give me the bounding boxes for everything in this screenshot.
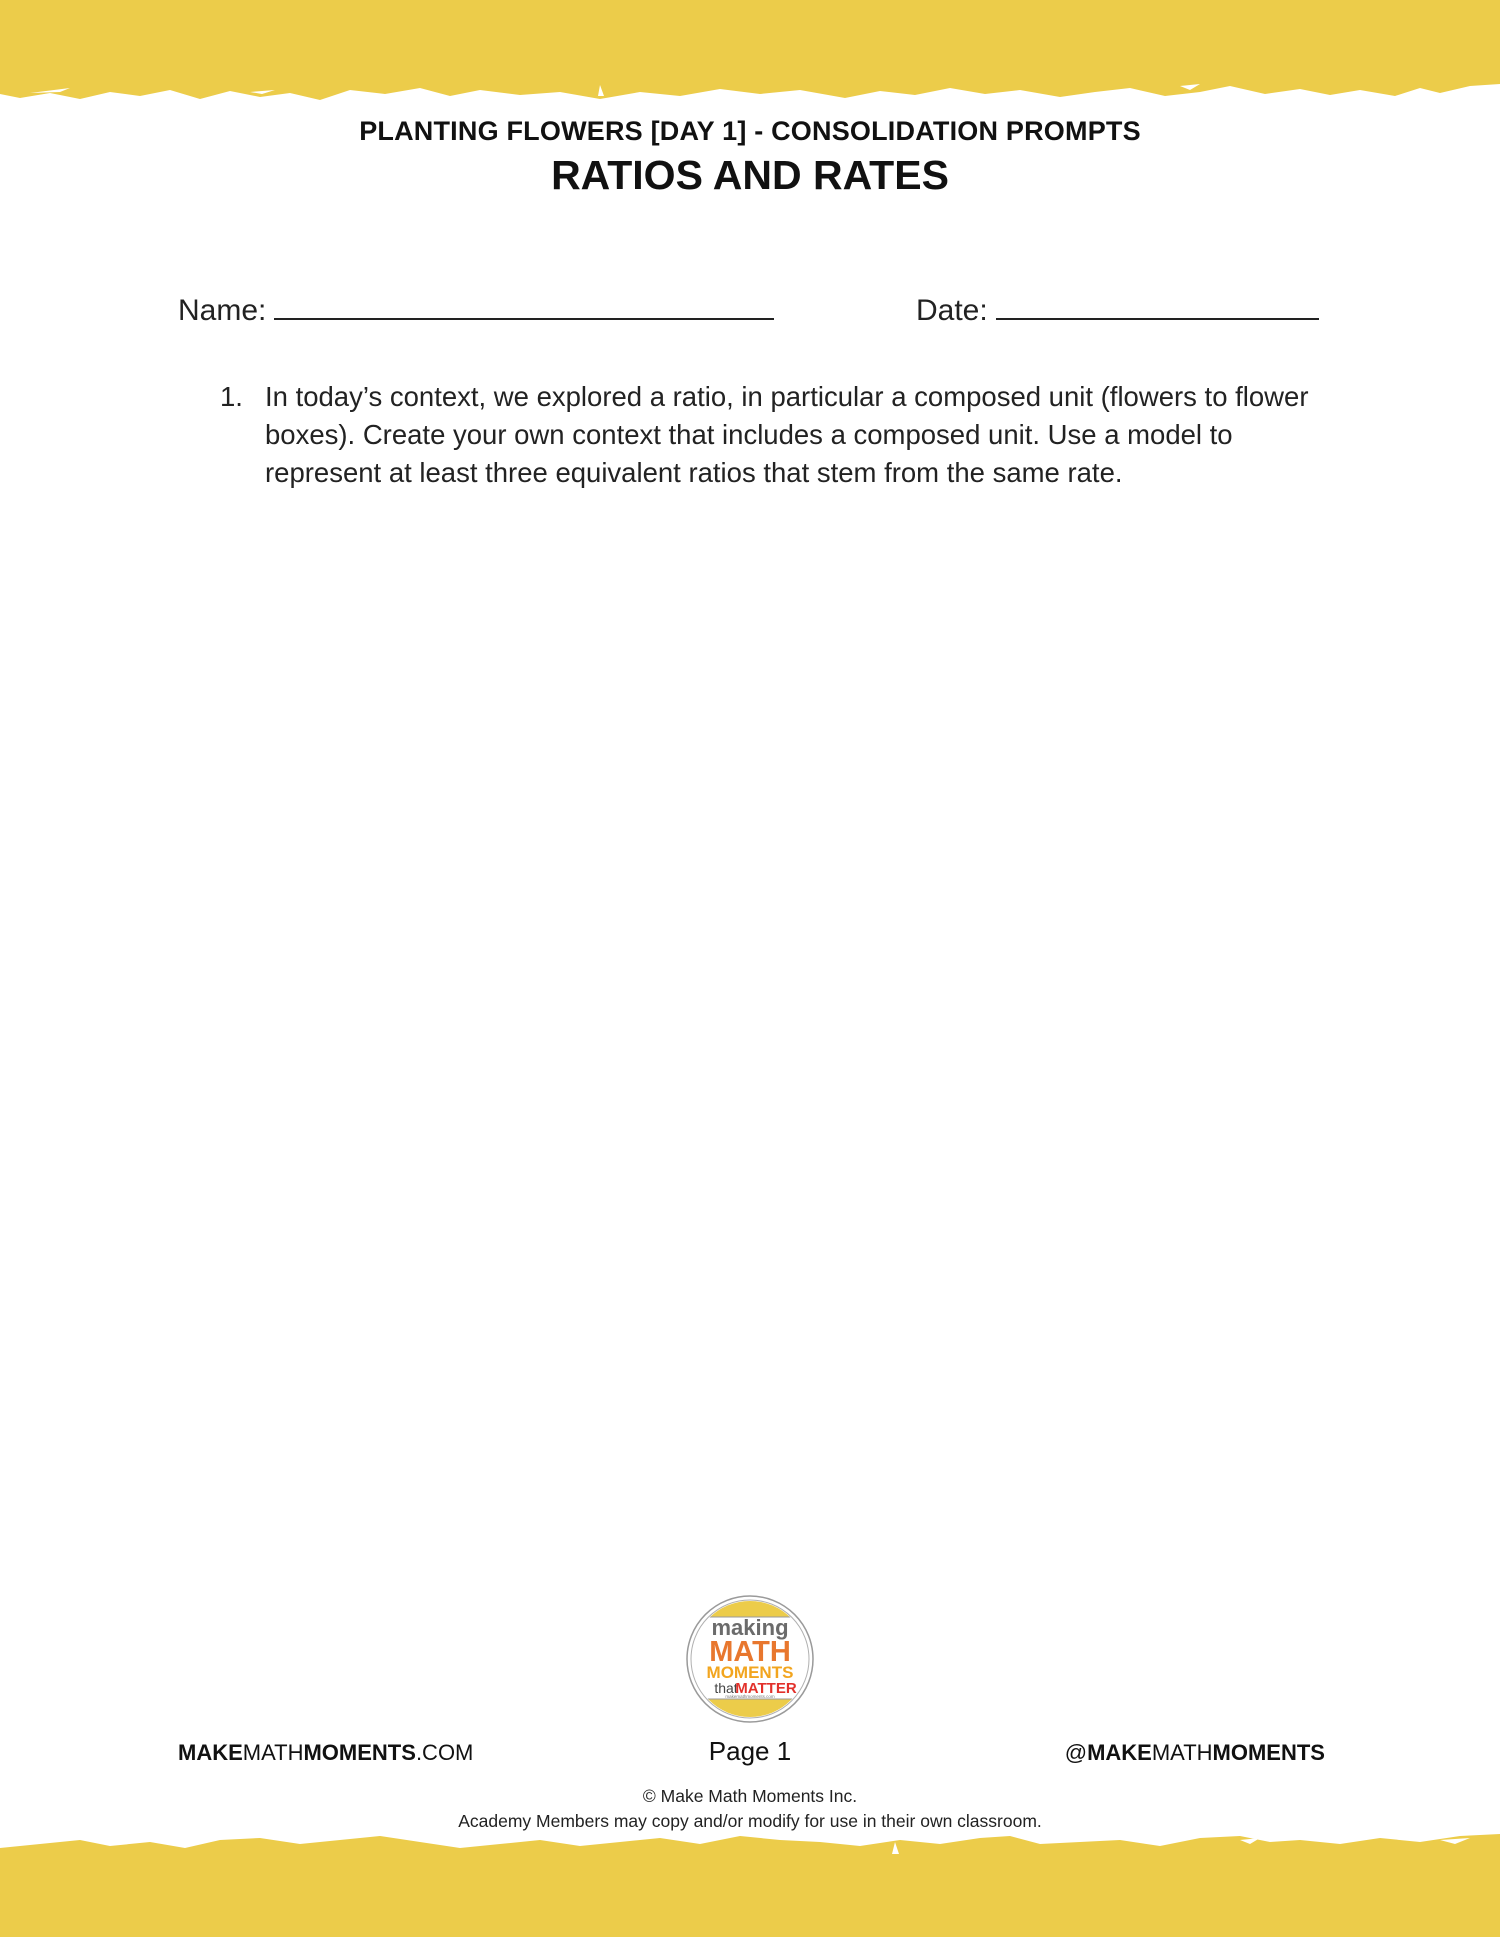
name-blank-line[interactable]: [274, 290, 774, 320]
copyright-notice: © Make Math Moments Inc.: [0, 1786, 1500, 1807]
name-label: Name:: [178, 294, 266, 328]
make-math-moments-logo: making MATH MOMENTS that MATTER makemath…: [686, 1595, 814, 1723]
footer-social-handle[interactable]: @MAKEMATHMOMENTS: [1065, 1740, 1325, 1766]
date-field[interactable]: Date:: [916, 290, 1319, 328]
date-blank-line[interactable]: [996, 290, 1319, 320]
date-label: Date:: [916, 294, 988, 328]
bottom-brush-band: [0, 1830, 1500, 1941]
question-item: 1. In today’s context, we explored a rat…: [220, 378, 1340, 492]
logo-url: makemathmoments.com: [725, 1694, 775, 1699]
license-notice: Academy Members may copy and/or modify f…: [0, 1811, 1500, 1832]
question-text: In today’s context, we explored a ratio,…: [265, 378, 1340, 492]
worksheet-title: RATIOS AND RATES: [0, 152, 1500, 199]
question-number: 1.: [220, 378, 243, 416]
name-field[interactable]: Name:: [178, 290, 774, 328]
worksheet-subtitle: PLANTING FLOWERS [DAY 1] - CONSOLIDATION…: [0, 116, 1500, 147]
top-brush-band: [0, 0, 1500, 110]
